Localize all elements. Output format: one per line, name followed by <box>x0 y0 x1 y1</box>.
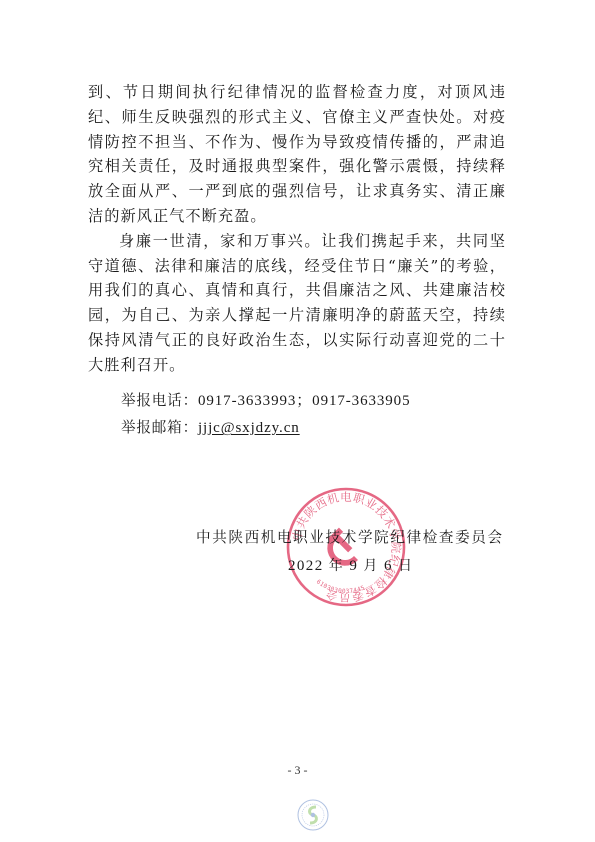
paragraph-2: 身廉一世清，家和万事兴。让我们携起手来，共同坚守道德、法律和廉洁的底线，经受住节… <box>88 229 506 378</box>
report-email: 举报邮箱：jjjc@sxjdzy.cn <box>121 416 300 437</box>
report-phone: 举报电话：0917-3633993；0917-3633905 <box>121 389 410 410</box>
report-phone-value: 0917-3633993；0917-3633905 <box>198 393 411 409</box>
page-number: - 3 - <box>0 763 595 778</box>
issuing-organization: 中共陕西机电职业技术学院纪律检查委员会 <box>196 526 504 547</box>
svg-text:6103030037445: 6103030037445 <box>315 578 366 595</box>
report-phone-label: 举报电话： <box>121 392 198 409</box>
date-year-unit: 年 <box>329 558 344 574</box>
school-logo-icon <box>297 799 329 831</box>
report-email-link[interactable]: jjjc@sxjdzy.cn <box>198 420 300 436</box>
date-day-unit: 日 <box>398 558 413 574</box>
date-day: 6 <box>384 558 393 574</box>
body-text: 到、节日期间执行纪律情况的监督检查力度，对顶风违纪、师生反映强烈的形式主义、官僚… <box>88 80 506 378</box>
issue-date: 2022 年 9 月 6 日 <box>288 555 413 575</box>
official-seal-stamp: 中共陕西机电职业技术学院纪律检查委员会 6103030037445 <box>285 486 407 608</box>
report-email-label: 举报邮箱： <box>121 419 198 436</box>
document-page: 到、节日期间执行纪律情况的监督检查力度，对顶风违纪、师生反映强烈的形式主义、官僚… <box>0 0 595 842</box>
paragraph-1: 到、节日期间执行纪律情况的监督检查力度，对顶风违纪、师生反映强烈的形式主义、官僚… <box>88 80 506 229</box>
date-month-unit: 月 <box>363 558 378 574</box>
date-month: 9 <box>349 558 358 574</box>
date-year: 2022 <box>288 558 324 574</box>
